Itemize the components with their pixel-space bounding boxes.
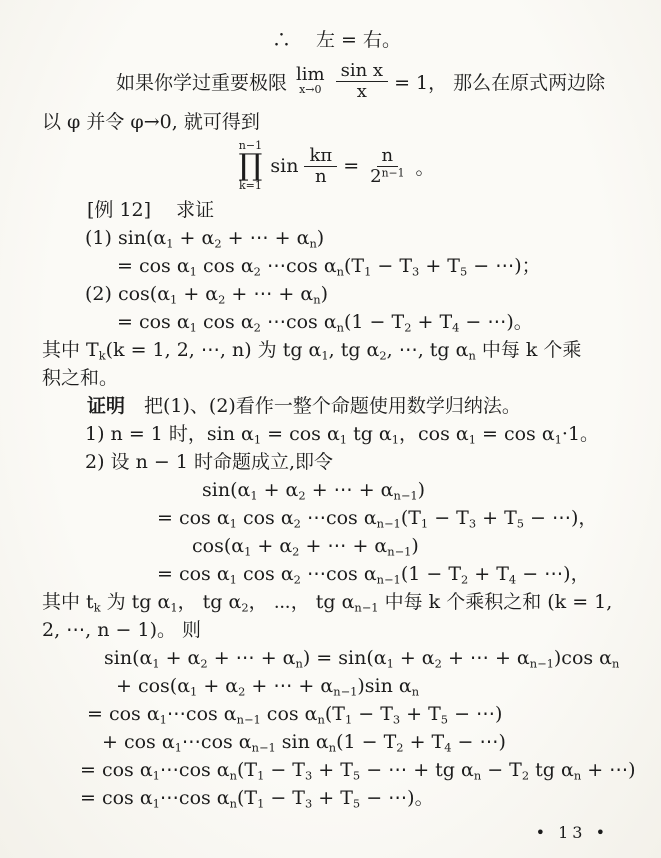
product-operator: n−1 ∏ k=1 [239, 140, 263, 192]
induction-step-5: = cos α1⋯cos αn(T1 − T3 + T5 − ⋯ + tg αn… [42, 756, 631, 784]
induction-hypothesis: 2) 设 n − 1 时命题成立,即令 [42, 448, 631, 476]
limit-notation: lim x→0 [296, 66, 325, 96]
fraction-sinx-over-x: sin x x [336, 61, 388, 102]
fraction-kpi-over-n: kπ n [304, 146, 337, 187]
equals-sign: = [343, 155, 359, 177]
product-lower-limit: k=1 [239, 180, 262, 192]
equation-2-rhs: = cos α1 cos α2 ⋯cos αn(1 − T2 + T4 − ⋯)… [42, 308, 631, 336]
intro-text-before: 如果你学过重要极限 [116, 68, 287, 95]
example-heading: [例 12] 求证 [42, 196, 631, 224]
intro-text-after: = 1， 那么在原式两边除 [394, 68, 605, 95]
base-case: 1) n = 1 时，sin α1 = cos α1 tg α1，cos α1 … [42, 420, 631, 448]
induction-step-1: sin(α1 + α2 + ⋯ + αn) = sin(α1 + α2 + ⋯ … [42, 644, 631, 672]
equation-1-rhs: = cos α1 cos α2 ⋯cos αn(T1 − T3 + T5 − ⋯… [42, 252, 631, 280]
fraction-numerator: kπ [304, 146, 337, 167]
proof-body: [例 12] 求证(1) sin(α1 + α2 + ⋯ + αn)= cos … [42, 196, 631, 812]
hyp-cos-rhs: = cos α1 cos α2 ⋯cos αn−1(1 − T2 + T4 − … [42, 560, 631, 588]
lim-subscript: x→0 [299, 84, 321, 96]
tk-small-definition-1: 其中 tk 为 tg α1， tg α2， ⋯， tg αn−1 中每 k 个乘… [42, 588, 631, 616]
hyp-sin-lhs: sin(α1 + α2 + ⋯ + αn−1) [42, 476, 631, 504]
induction-step-4: + cos α1⋯cos αn−1 sin αn(1 − T2 + T4 − ⋯… [42, 728, 631, 756]
induction-step-6: = cos α1⋯cos αn(T1 − T3 + T5 − ⋯)。 [42, 784, 631, 812]
induction-step-3: = cos α1⋯cos αn−1 cos αn(T1 − T3 + T5 − … [42, 700, 631, 728]
product-formula: n−1 ∏ k=1 sin kπ n = n 2n−1 。 [42, 136, 631, 196]
hyp-cos-lhs: cos(α1 + α2 + ⋯ + αn−1) [42, 532, 631, 560]
tk-definition-line-1: 其中 Tk(k = 1, 2, ⋯, n) 为 tg α1, tg α2, ⋯,… [42, 336, 631, 364]
fraction-denominator: n [310, 167, 332, 187]
fraction-numerator: n [377, 146, 399, 167]
proof-intro: 证明 把(1)、(2)看作一整个命题使用数学归纳法。 [42, 392, 631, 420]
hyp-sin-rhs: = cos α1 cos α2 ⋯cos αn−1(T1 − T3 + T5 −… [42, 504, 631, 532]
book-page: ∴ 左 = 右。 如果你学过重要极限 lim x→0 sin x x = 1， … [0, 0, 661, 858]
period-mark: 。 [415, 153, 434, 180]
fraction-denominator: 2n−1 [365, 167, 409, 187]
fraction-n-over-2n1: n 2n−1 [365, 146, 409, 187]
page-number: • 13 • [536, 823, 609, 842]
tk-small-definition-2: 2, ⋯, n − 1)。 则 [42, 616, 631, 644]
sin-operator: sin [270, 155, 298, 177]
tk-definition-line-2: 积之和。 [42, 364, 631, 392]
conclusion-line: ∴ 左 = 右。 [42, 26, 631, 54]
fraction-denominator: x [352, 82, 372, 102]
intro-paragraph: 如果你学过重要极限 lim x→0 sin x x = 1， 那么在原式两边除 [42, 54, 631, 108]
phi-line: 以 φ 并令 φ→0, 就可得到 [42, 108, 631, 136]
fraction-numerator: sin x [336, 61, 388, 82]
induction-step-2: + cos(α1 + α2 + ⋯ + αn−1)sin αn [42, 672, 631, 700]
equation-2-lhs: (2) cos(α1 + α2 + ⋯ + αn) [42, 280, 631, 308]
product-symbol: ∏ [239, 152, 263, 180]
lim-operator: lim [296, 66, 325, 84]
equation-1-lhs: (1) sin(α1 + α2 + ⋯ + αn) [42, 224, 631, 252]
